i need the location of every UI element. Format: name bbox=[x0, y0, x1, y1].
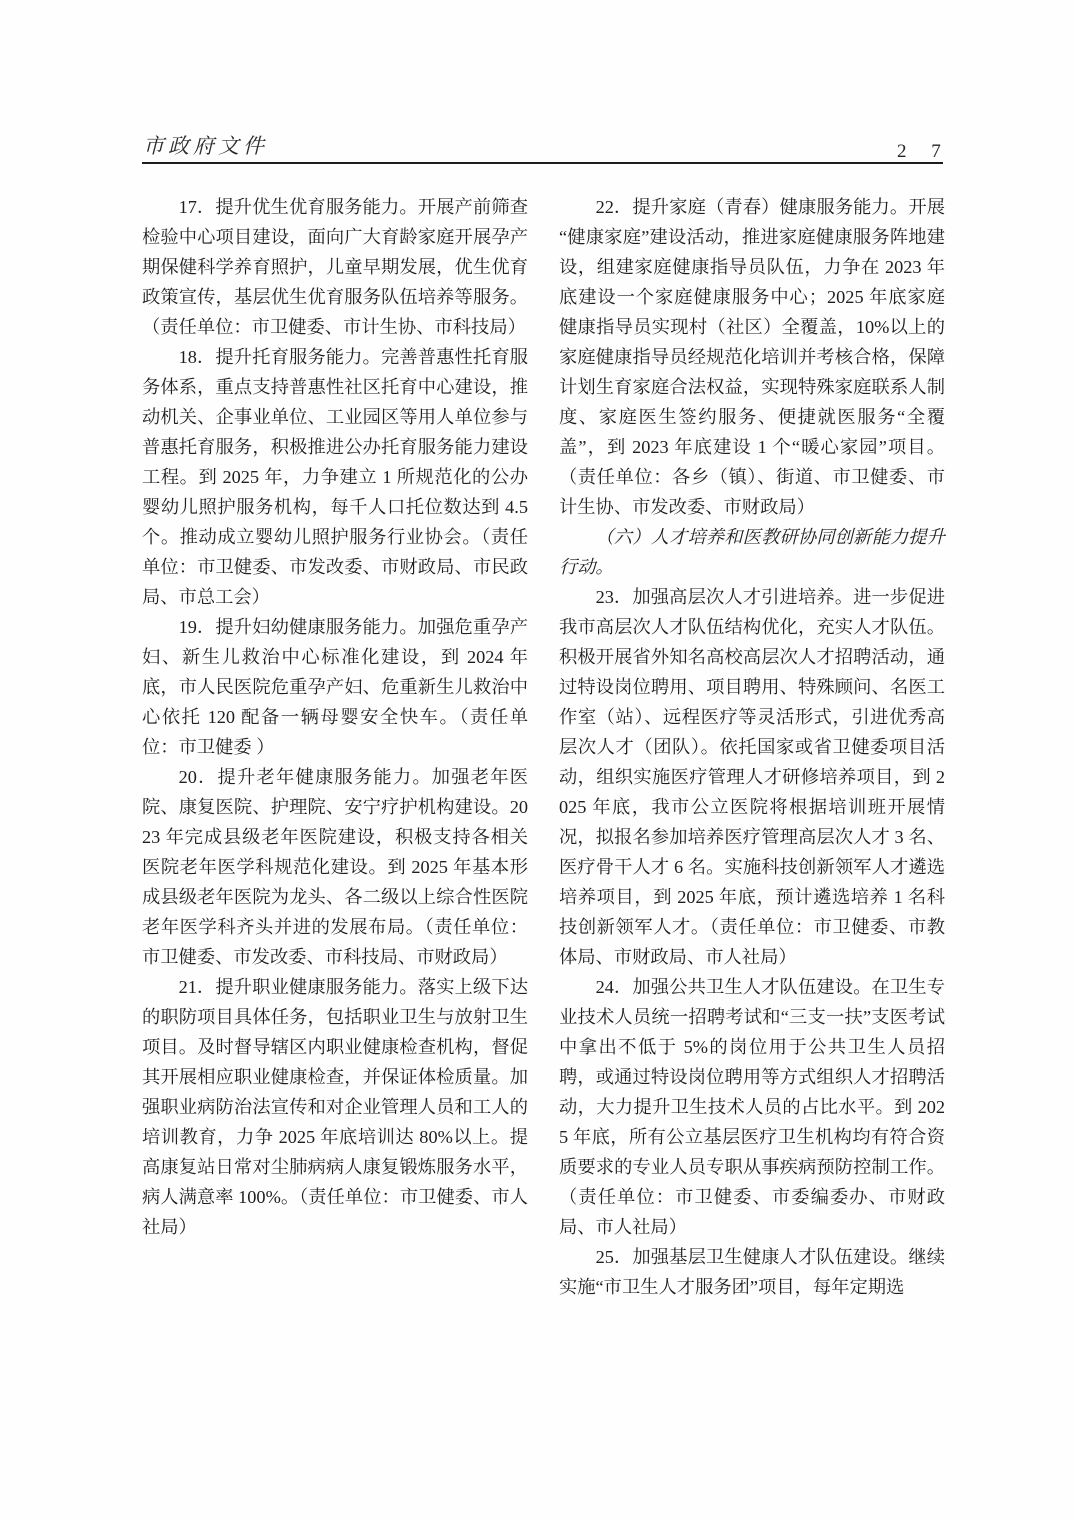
document-page: 市政府文件 2 7 17．提升优生优育服务能力。开展产前筛查检验中心项目建设，面… bbox=[0, 0, 1074, 1520]
paragraph-24: 24．加强公共卫生人才队伍建设。在卫生专业技术人员统一招聘考试和“三支一扶”支医… bbox=[559, 972, 945, 1242]
header-page-number: 2 7 bbox=[897, 141, 951, 163]
left-column: 17．提升优生优育服务能力。开展产前筛查检验中心项目建设，面向广大育龄家庭开展孕… bbox=[142, 192, 528, 1302]
paragraph-23: 23．加强高层次人才引进培养。进一步促进我市高层次人才队伍结构优化，充实人才队伍… bbox=[559, 582, 945, 972]
header-document-type: 市政府文件 bbox=[143, 130, 268, 160]
paragraph-17: 17．提升优生优育服务能力。开展产前筛查检验中心项目建设，面向广大育龄家庭开展孕… bbox=[142, 192, 528, 342]
right-column: 22．提升家庭（青春）健康服务能力。开展“健康家庭”建设活动，推进家庭健康服务阵… bbox=[559, 192, 945, 1302]
paragraph-18: 18．提升托育服务能力。完善普惠性托育服务体系，重点支持普惠性社区托育中心建设，… bbox=[142, 342, 528, 612]
paragraph-19: 19．提升妇幼健康服务能力。加强危重孕产妇、新生儿救治中心标准化建设，到 202… bbox=[142, 612, 528, 762]
document-body: 17．提升优生优育服务能力。开展产前筛查检验中心项目建设，面向广大育龄家庭开展孕… bbox=[142, 192, 945, 1302]
section-heading-6: （六）人才培养和医教研协同创新能力提升行动。 bbox=[559, 522, 945, 582]
paragraph-22: 22．提升家庭（青春）健康服务能力。开展“健康家庭”建设活动，推进家庭健康服务阵… bbox=[559, 192, 945, 522]
paragraph-20: 20．提升老年健康服务能力。加强老年医院、康复医院、护理院、安宁疗护机构建设。2… bbox=[142, 762, 528, 972]
paragraph-21: 21．提升职业健康服务能力。落实上级下达的职防项目具体任务，包括职业卫生与放射卫… bbox=[142, 972, 528, 1242]
header-rule bbox=[142, 162, 943, 164]
paragraph-25: 25．加强基层卫生健康人才队伍建设。继续实施“市卫生人才服务团”项目，每年定期选 bbox=[559, 1242, 945, 1302]
